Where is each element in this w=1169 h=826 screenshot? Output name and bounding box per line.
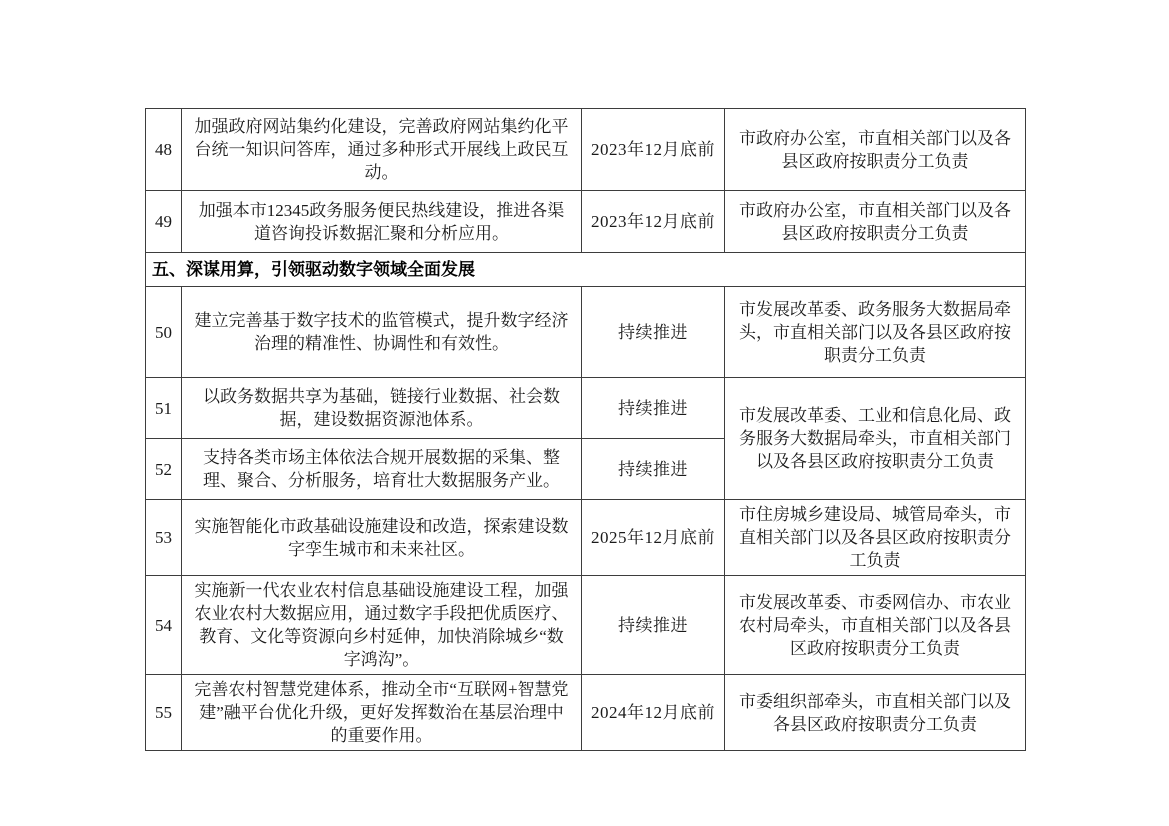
row-number: 55 [146, 675, 182, 751]
deadline-cell: 2023年12月底前 [582, 191, 725, 253]
table-row: 54 实施新一代农业农村信息基础设施建设工程，加强农业农村大数据应用，通过数字手… [146, 576, 1026, 675]
row-number: 54 [146, 576, 182, 675]
deadline-cell: 持续推进 [582, 439, 725, 500]
responsible-cell: 市发展改革委、政务服务大数据局牵头，市直相关部门以及各县区政府按职责分工负责 [725, 287, 1026, 378]
task-cell: 支持各类市场主体依法合规开展数据的采集、整理、聚合、分析服务，培育壮大数据服务产… [182, 439, 582, 500]
task-cell: 加强本市12345政务服务便民热线建设，推进各渠道咨询投诉数据汇聚和分析应用。 [182, 191, 582, 253]
table-row: 55 完善农村智慧党建体系，推动全市“互联网+智慧党建”融平台优化升级，更好发挥… [146, 675, 1026, 751]
deadline-cell: 持续推进 [582, 576, 725, 675]
section-header: 五、深谋用算，引领驱动数字领域全面发展 [146, 253, 1026, 287]
row-number: 53 [146, 500, 182, 576]
responsible-cell: 市政府办公室，市直相关部门以及各县区政府按职责分工负责 [725, 109, 1026, 191]
deadline-cell: 持续推进 [582, 378, 725, 439]
responsible-cell: 市政府办公室，市直相关部门以及各县区政府按职责分工负责 [725, 191, 1026, 253]
row-number: 49 [146, 191, 182, 253]
responsible-cell: 市委组织部牵头，市直相关部门以及各县区政府按职责分工负责 [725, 675, 1026, 751]
row-number: 52 [146, 439, 182, 500]
deadline-cell: 2024年12月底前 [582, 675, 725, 751]
row-number: 50 [146, 287, 182, 378]
table-row: 48 加强政府网站集约化建设，完善政府网站集约化平台统一知识问答库，通过多种形式… [146, 109, 1026, 191]
table-row: 50 建立完善基于数字技术的监管模式，提升数字经济治理的精准性、协调性和有效性。… [146, 287, 1026, 378]
responsible-cell-merged: 市发展改革委、工业和信息化局、政务服务大数据局牵头，市直相关部门以及各县区政府按… [725, 378, 1026, 500]
responsible-cell: 市发展改革委、市委网信办、市农业农村局牵头，市直相关部门以及各县区政府按职责分工… [725, 576, 1026, 675]
task-cell: 实施新一代农业农村信息基础设施建设工程，加强农业农村大数据应用，通过数字手段把优… [182, 576, 582, 675]
table-row: 49 加强本市12345政务服务便民热线建设，推进各渠道咨询投诉数据汇聚和分析应… [146, 191, 1026, 253]
task-cell: 实施智能化市政基础设施建设和改造，探索建设数字孪生城市和未来社区。 [182, 500, 582, 576]
table-row: 51 以政务数据共享为基础，链接行业数据、社会数据，建设数据资源池体系。 持续推… [146, 378, 1026, 439]
responsible-cell: 市住房城乡建设局、城管局牵头，市直相关部门以及各县区政府按职责分工负责 [725, 500, 1026, 576]
deadline-cell: 2025年12月底前 [582, 500, 725, 576]
deadline-cell: 2023年12月底前 [582, 109, 725, 191]
task-cell: 完善农村智慧党建体系，推动全市“互联网+智慧党建”融平台优化升级，更好发挥数治在… [182, 675, 582, 751]
row-number: 48 [146, 109, 182, 191]
table-row: 53 实施智能化市政基础设施建设和改造，探索建设数字孪生城市和未来社区。 202… [146, 500, 1026, 576]
task-table: 48 加强政府网站集约化建设，完善政府网站集约化平台统一知识问答库，通过多种形式… [145, 108, 1026, 751]
section-header-row: 五、深谋用算，引领驱动数字领域全面发展 [146, 253, 1026, 287]
task-cell: 以政务数据共享为基础，链接行业数据、社会数据，建设数据资源池体系。 [182, 378, 582, 439]
deadline-cell: 持续推进 [582, 287, 725, 378]
task-cell: 建立完善基于数字技术的监管模式，提升数字经济治理的精准性、协调性和有效性。 [182, 287, 582, 378]
row-number: 51 [146, 378, 182, 439]
task-cell: 加强政府网站集约化建设，完善政府网站集约化平台统一知识问答库，通过多种形式开展线… [182, 109, 582, 191]
